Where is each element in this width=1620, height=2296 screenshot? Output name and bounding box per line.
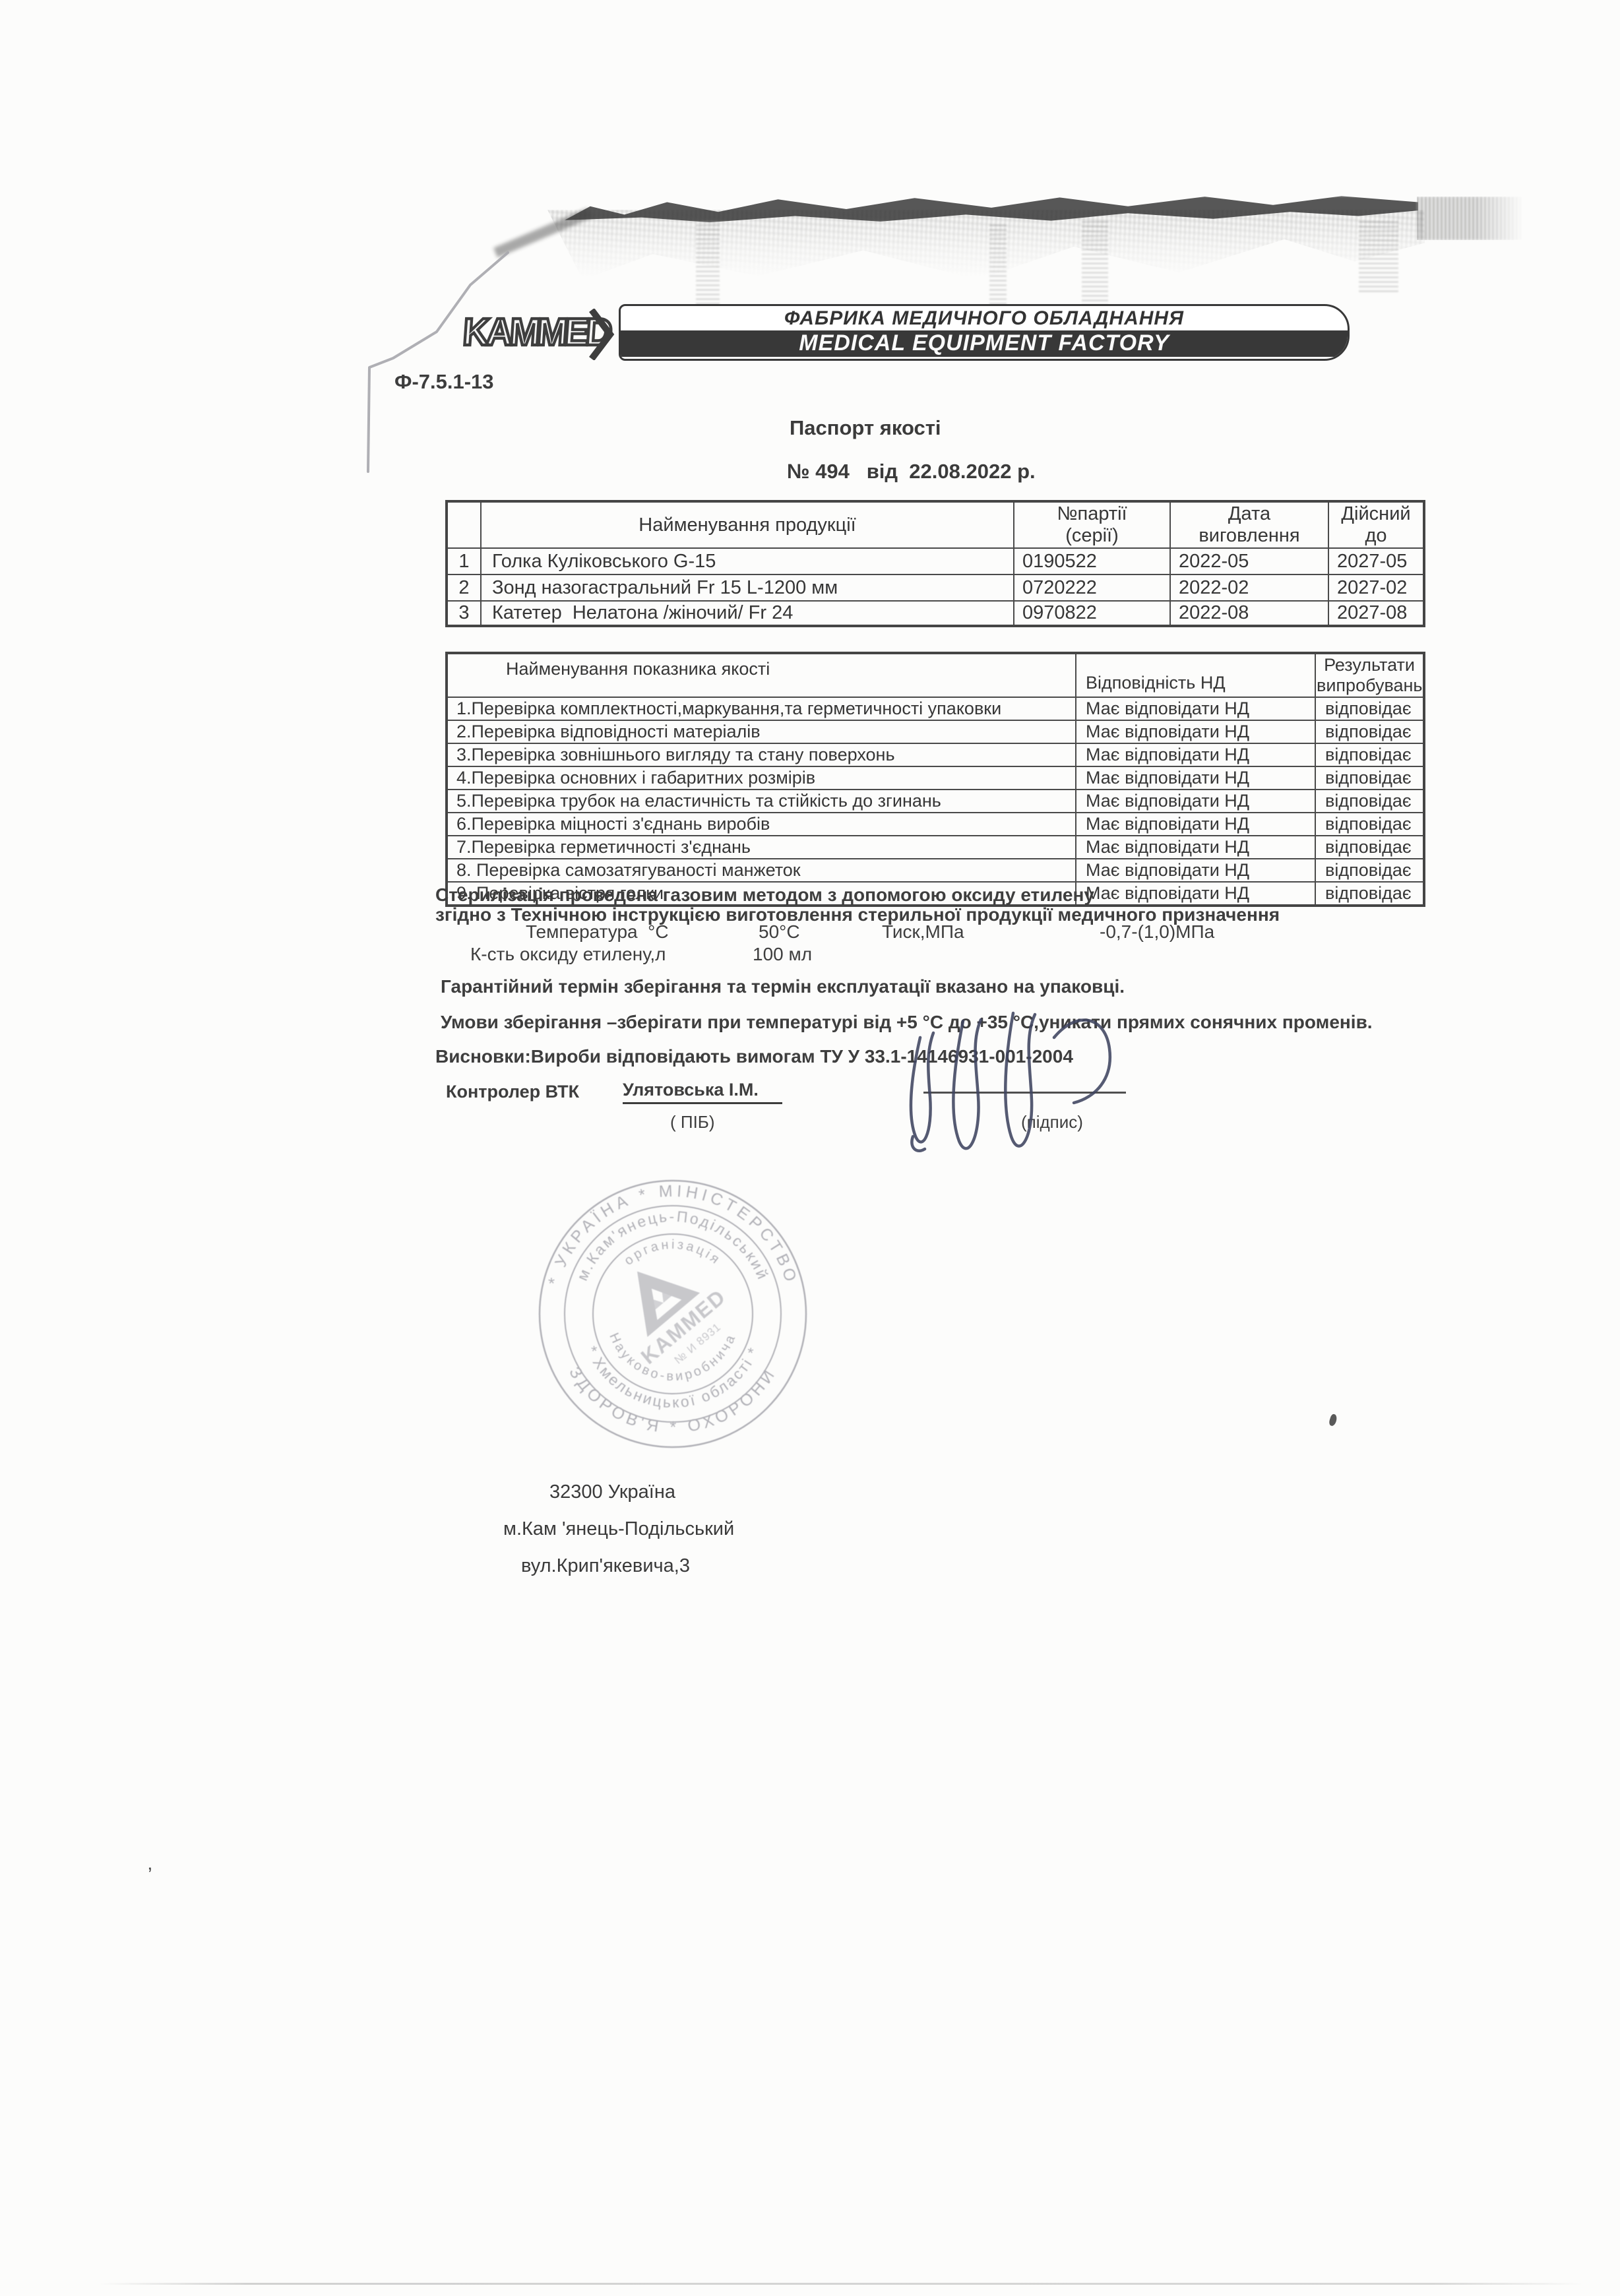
table-row: 8. Перевірка самозатягуваності манжеток … — [447, 859, 1424, 882]
pressure-label: Тиск,МПа — [882, 921, 964, 943]
address-city: м.Кам 'янець-Подільський — [503, 1518, 734, 1540]
table-row: 2 Зонд назогастральний Fr 15 L-1200 мм 0… — [447, 574, 1424, 601]
batch-number: 0190522 — [1014, 548, 1170, 574]
scan-noise-right — [1417, 197, 1524, 240]
scan-mark-right — [1328, 1413, 1338, 1427]
header-test-results: Результати випробувань — [1315, 653, 1424, 697]
batch-number: 0720222 — [1014, 574, 1170, 601]
scanned-document-page: KAMMED ФАБРИКА МЕДИЧНОГО ОБЛАДНАННЯ MEDI… — [0, 0, 1620, 2296]
result-value: відповідає — [1315, 743, 1424, 766]
table-row: 2.Перевірка відповідності матеріалів Має… — [447, 720, 1424, 743]
factory-banner: ФАБРИКА МЕДИЧНОГО ОБЛАДНАННЯ MEDICAL EQU… — [619, 304, 1350, 361]
conformity-value: Має відповідати НД — [1076, 790, 1315, 813]
conformity-value: Має відповідати НД — [1076, 813, 1315, 836]
quality-table: Найменування показника якості Відповідні… — [445, 652, 1425, 907]
pib-label: ( ПІБ) — [670, 1112, 715, 1132]
table-row: 5.Перевірка трубок на еластичність та ст… — [447, 790, 1424, 813]
row-index: 3 — [447, 601, 481, 626]
row-index: 1 — [447, 548, 481, 574]
scan-noise-speckle — [547, 210, 1425, 284]
conformity-value: Має відповідати НД — [1076, 836, 1315, 859]
address-postal: 32300 Україна — [549, 1481, 675, 1503]
conformity-value: Має відповідати НД — [1076, 720, 1315, 743]
result-value: відповідає — [1315, 697, 1424, 720]
product-name: Катетер Нелатона /жіночий/ Fr 24 — [481, 601, 1014, 626]
valid-until: 2027-02 — [1328, 574, 1424, 601]
controller-name: Улятовська І.М. — [623, 1080, 782, 1104]
document-number: № 494 від 22.08.2022 р. — [787, 460, 1036, 483]
header-product-name: Найменування продукції — [481, 501, 1014, 548]
ethylene-label: К-сть оксиду етилену,л — [470, 944, 666, 965]
header-indicator-name: Найменування показника якості — [447, 653, 1076, 697]
controller-label: Контролер ВТК — [446, 1082, 579, 1102]
scan-bottom-line — [99, 2283, 1583, 2285]
round-stamp: * УКРАЇНА * МІНІСТЕРСТВО ЗДОРОВ'Я * ОХОР… — [534, 1175, 811, 1452]
paper-corner-edge — [356, 244, 528, 481]
header-index — [447, 501, 481, 548]
header-batch: №партії (серії) — [1014, 501, 1170, 548]
table-row: 3.Перевірка зовнішнього вигляду та стану… — [447, 743, 1424, 766]
temperature-label: Температура °С — [526, 921, 669, 943]
table-header-row: Найменування показника якості Відповідні… — [447, 653, 1424, 697]
indicator-name: 7.Перевірка герметичності з'єднань — [447, 836, 1076, 859]
conformity-value: Має відповідати НД — [1076, 743, 1315, 766]
valid-until: 2027-08 — [1328, 601, 1424, 626]
table-row: 1.Перевірка комплектності,маркування,та … — [447, 697, 1424, 720]
result-value: відповідає — [1315, 882, 1424, 906]
header-conformity: Відповідність НД — [1076, 653, 1315, 697]
result-value: відповідає — [1315, 859, 1424, 882]
pressure-value: -0,7-(1,0)МПа — [1100, 921, 1214, 943]
table-row: 4.Перевірка основних і габаритних розмір… — [447, 766, 1424, 790]
temperature-value: 50°С — [759, 921, 800, 943]
conformity-value: Має відповідати НД — [1076, 697, 1315, 720]
indicator-name: 1.Перевірка комплектності,маркування,та … — [447, 697, 1076, 720]
product-name: Голка Куліковського G-15 — [481, 548, 1014, 574]
table-row: 1 Голка Куліковського G-15 0190522 2022-… — [447, 548, 1424, 574]
indicator-name: 5.Перевірка трубок на еластичність та ст… — [447, 790, 1076, 813]
result-value: відповідає — [1315, 766, 1424, 790]
conformity-value: Має відповідати НД — [1076, 859, 1315, 882]
conformity-value: Має відповідати НД — [1076, 882, 1315, 906]
manufacture-date: 2022-05 — [1170, 548, 1328, 574]
banner-text-uk: ФАБРИКА МЕДИЧНОГО ОБЛАДНАННЯ — [621, 306, 1348, 330]
indicator-name: 4.Перевірка основних і габаритних розмір… — [447, 766, 1076, 790]
banner-text-en: MEDICAL EQUIPMENT FACTORY — [621, 330, 1348, 357]
address-street: вул.Крип'якевича,3 — [521, 1555, 690, 1577]
ethylene-value: 100 мл — [753, 944, 812, 965]
manufacture-date: 2022-08 — [1170, 601, 1328, 626]
manufacture-date: 2022-02 — [1170, 574, 1328, 601]
table-header-row: Найменування продукції №партії (серії) Д… — [447, 501, 1424, 548]
header-date: Дата виговлення — [1170, 501, 1328, 548]
result-value: відповідає — [1315, 813, 1424, 836]
indicator-name: 8. Перевірка самозатягуваності манжеток — [447, 859, 1076, 882]
result-value: відповідає — [1315, 790, 1424, 813]
scan-noise-drip — [989, 224, 1007, 317]
result-value: відповідає — [1315, 720, 1424, 743]
result-value: відповідає — [1315, 836, 1424, 859]
batch-number: 0970822 — [1014, 601, 1170, 626]
product-name: Зонд назогастральний Fr 15 L-1200 мм — [481, 574, 1014, 601]
banner-chevron-icon — [589, 309, 615, 360]
products-table: Найменування продукції №партії (серії) Д… — [445, 500, 1425, 627]
form-code: Ф-7.5.1-13 — [394, 370, 494, 394]
indicator-name: 3.Перевірка зовнішнього вигляду та стану… — [447, 743, 1076, 766]
handwritten-signature — [884, 975, 1161, 1173]
header-valid-until: Дійсний до — [1328, 501, 1424, 548]
table-row: 3 Катетер Нелатона /жіночий/ Fr 24 09708… — [447, 601, 1424, 626]
row-index: 2 — [447, 574, 481, 601]
table-row: 7.Перевірка герметичності з'єднань Має в… — [447, 836, 1424, 859]
valid-until: 2027-05 — [1328, 548, 1424, 574]
table-row: 6.Перевірка міцності з'єднань виробів Ма… — [447, 813, 1424, 836]
scan-noise-drip — [1359, 221, 1398, 294]
indicator-name: 6.Перевірка міцності з'єднань виробів — [447, 813, 1076, 836]
indicator-name: 2.Перевірка відповідності матеріалів — [447, 720, 1076, 743]
sterilization-line1: Стерилізація проведена газовим методом з… — [435, 884, 1094, 906]
document-title: Паспорт якості — [790, 416, 941, 440]
conformity-value: Має відповідати НД — [1076, 766, 1315, 790]
scan-mark-left: ’ — [148, 1864, 152, 1886]
